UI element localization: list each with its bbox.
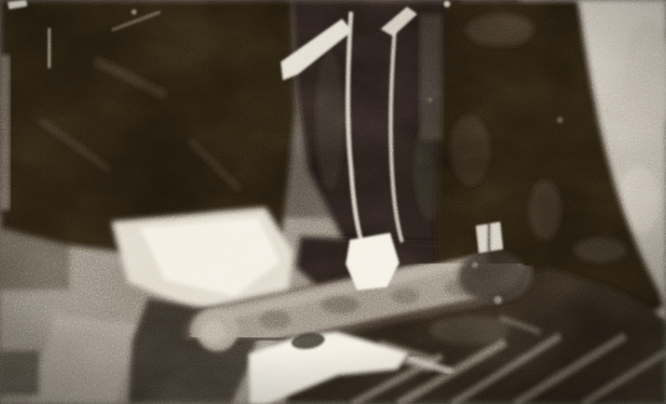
photograph <box>0 0 666 404</box>
vignette <box>0 0 666 404</box>
photo-canvas <box>0 0 666 404</box>
